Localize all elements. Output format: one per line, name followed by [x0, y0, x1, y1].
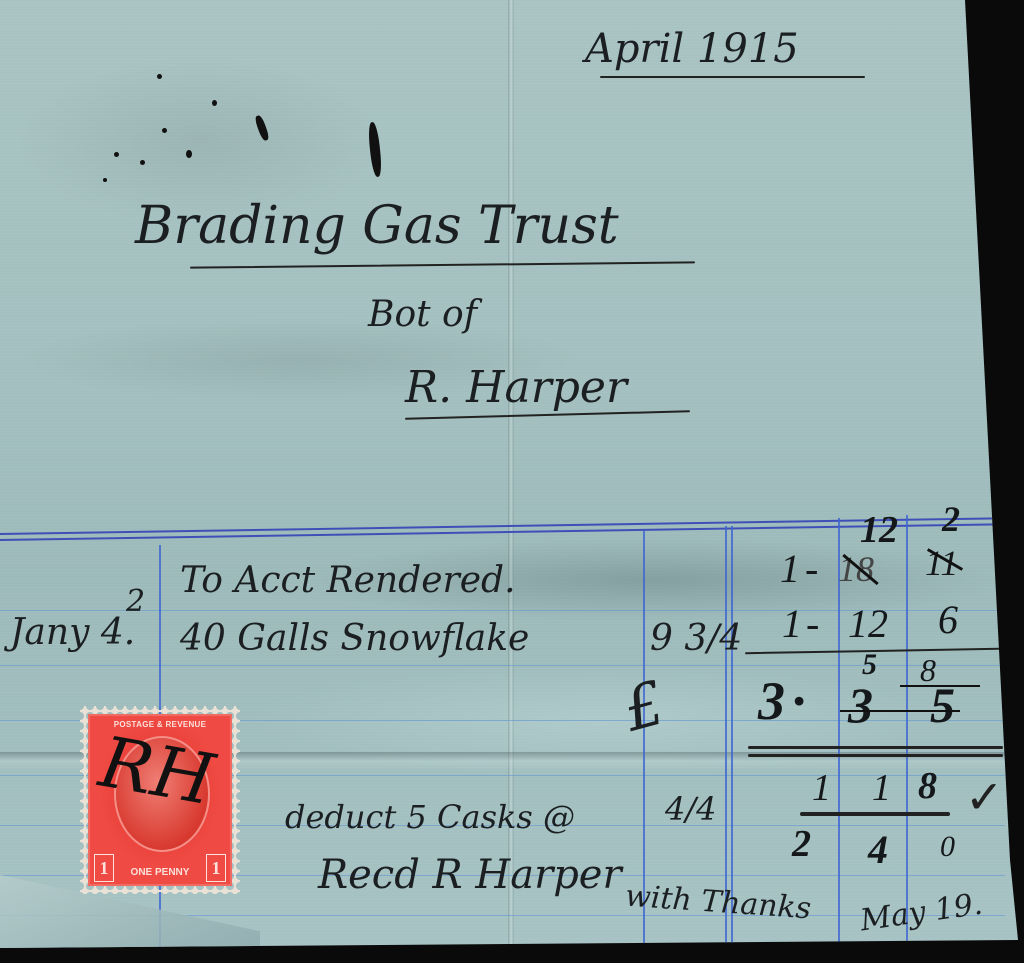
entry-shillings: 12 — [848, 600, 888, 647]
deduction-rate: 4/4 — [665, 790, 717, 828]
pin-hole — [186, 150, 192, 158]
bought-of-label: Bot of — [368, 294, 477, 335]
date-underline — [600, 76, 865, 78]
total-pence: 0 — [940, 830, 955, 864]
total-underline — [800, 812, 950, 816]
pin-hole — [140, 160, 145, 165]
subtotal-dot: · — [792, 670, 806, 732]
customer-name: Brading Gas Trust — [135, 196, 619, 256]
entry-pence-corrected: 2 — [942, 498, 960, 540]
deduction-shillings: 1 — [872, 766, 891, 810]
strike-mark — [840, 710, 960, 712]
pin-hole — [103, 178, 107, 182]
entry-pence: 6 — [938, 596, 958, 643]
receipt-date: May 19. — [858, 887, 984, 939]
pin-hole — [162, 128, 167, 133]
pin-hole — [157, 74, 162, 79]
strike-mark — [900, 685, 980, 687]
invoice-paper: April 1915 Brading Gas Trust Bot of R. H… — [0, 0, 1024, 963]
entry-description: To Acct Rendered. — [180, 560, 516, 601]
entry-description: 40 Galls Snowflake — [180, 618, 529, 659]
total-pounds: 2 — [792, 822, 811, 866]
deduction-description: deduct 5 Casks @ — [285, 798, 575, 836]
entry-dash: - — [806, 600, 819, 647]
total-shillings: 4 — [868, 826, 888, 873]
ruled-line — [0, 665, 1005, 666]
deduction-pounds: 1 — [812, 766, 831, 810]
double-underline — [748, 746, 1003, 749]
check-mark-icon: ✓ — [965, 770, 1004, 824]
pound-sign-mark: £ — [617, 668, 672, 745]
tear-hole — [367, 122, 383, 178]
customer-underline — [190, 261, 695, 268]
entry-pounds: 1 — [782, 600, 802, 647]
entry-rate: 9 3/4 — [650, 618, 742, 659]
double-underline — [748, 754, 1003, 757]
entry-date: Jany 4. — [10, 612, 135, 653]
entry-shillings-corrected: 12 — [860, 508, 898, 552]
invoice-date: April 1915 — [585, 26, 799, 72]
stamp-value-text: ONE PENNY — [90, 867, 230, 878]
receipt-note: with Thanks — [624, 879, 812, 927]
pence-column-line — [906, 515, 908, 945]
pin-hole — [212, 100, 217, 106]
subtotal-pounds: 3 — [758, 670, 785, 732]
entry-dash: - — [805, 545, 818, 592]
deduction-pence: 8 — [918, 764, 937, 808]
supplier-name: R. Harper — [405, 362, 627, 413]
pin-hole — [114, 152, 119, 157]
entry-pounds: 1 — [780, 545, 800, 592]
subtotal-shillings-struck: 3 — [848, 676, 873, 734]
tear-hole — [254, 114, 270, 141]
receipt-signature: Recd R Harper — [318, 852, 622, 898]
